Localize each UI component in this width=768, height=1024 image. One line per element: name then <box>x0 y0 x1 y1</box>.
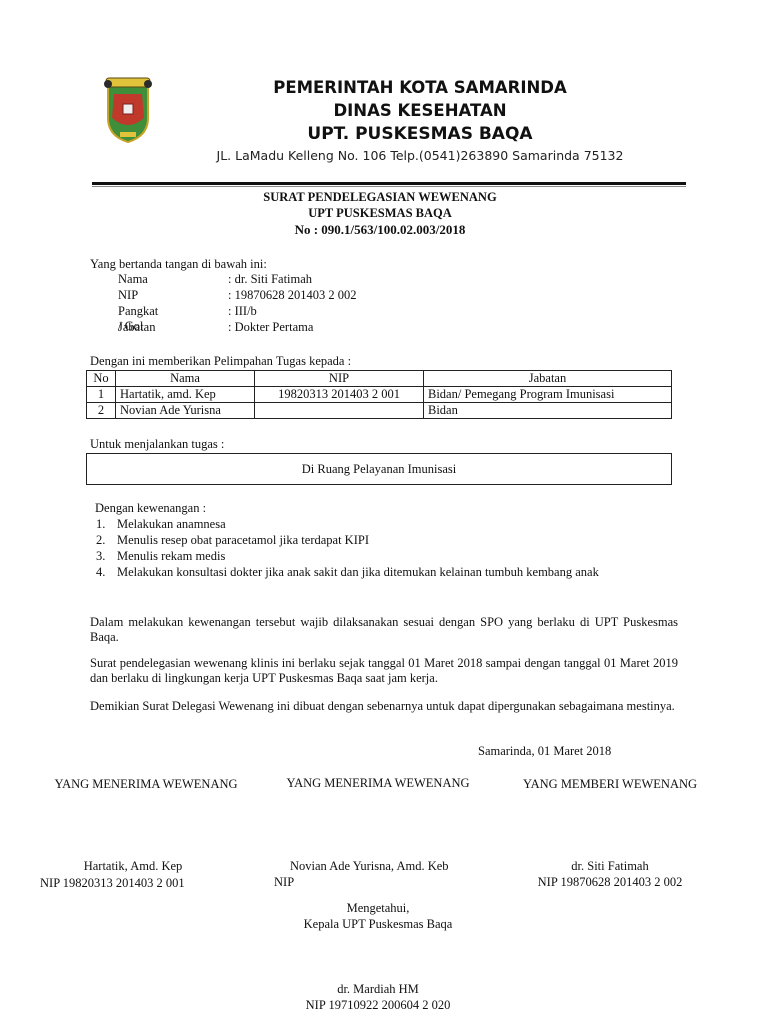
signature-name-grantor: dr. Siti Fatimah <box>510 859 710 874</box>
letterhead-address: JL. LaMadu Kelleng No. 106 Telp.(0541)26… <box>165 148 675 163</box>
acknowledgement-label: Mengetahui, <box>278 901 478 916</box>
task-box: Di Ruang Pelayanan Imunisasi <box>86 453 672 485</box>
signature-name-recipient-1: Hartatik, Amd. Kep <box>30 859 236 874</box>
delegation-table: No Nama NIP Jabatan 1 Hartatik, amd. Kep… <box>86 370 672 419</box>
paragraph-closing: Demikian Surat Delegasi Wewenang ini dib… <box>90 699 678 714</box>
signature-role-recipient-2: YANG MENERIMA WEWENANG <box>260 776 496 791</box>
cell-nama: Novian Ade Yurisna <box>116 403 255 419</box>
letterhead-government: PEMERINTAH KOTA SAMARINDA <box>160 78 680 97</box>
header-jabatan: Jabatan <box>424 371 672 387</box>
signer-intro: Yang bertanda tangan di bawah ini: <box>90 256 267 272</box>
paragraph-spo: Dalam melakukan kewenangan tersebut waji… <box>90 615 678 645</box>
signature-name-recipient-2: Novian Ade Yurisna, Amd. Keb <box>290 858 449 874</box>
list-number: 4. <box>96 564 105 580</box>
task-intro: Untuk menjalankan tugas : <box>90 436 224 452</box>
letterhead-institution: UPT. PUSKESMAS BAQA <box>160 124 680 144</box>
cell-nip <box>255 403 424 419</box>
header-no: No <box>87 371 116 387</box>
delegation-intro: Dengan ini memberikan Pelimpahan Tugas k… <box>90 353 351 369</box>
header-nip: NIP <box>255 371 424 387</box>
signature-nip-recipient-1: NIP 19820313 201403 2 001 <box>40 875 185 891</box>
acknowledgement-nip: NIP 19710922 200604 2 020 <box>278 998 478 1013</box>
field-value: : III/b <box>228 304 257 319</box>
signature-role-recipient-1: YANG MENERIMA WEWENANG <box>28 777 264 792</box>
list-text: Melakukan konsultasi dokter jika anak sa… <box>117 565 599 579</box>
signature-nip-recipient-2: NIP <box>274 874 294 890</box>
document-subtitle: UPT PUSKESMAS BAQA <box>160 206 600 221</box>
cell-no: 1 <box>87 387 116 403</box>
list-item: 2.Menulis resep obat paracetamol jika te… <box>92 532 680 548</box>
field-label: Jabatan <box>118 320 155 335</box>
letterhead-divider <box>92 182 686 185</box>
document-title: SURAT PENDELEGASIAN WEWENANG <box>160 190 600 205</box>
signature-nip-grantor: NIP 19870628 201403 2 002 <box>510 875 710 890</box>
place-date: Samarinda, 01 Maret 2018 <box>478 743 611 759</box>
cell-no: 2 <box>87 403 116 419</box>
table-row: 2 Novian Ade Yurisna Bidan <box>87 403 672 419</box>
cell-nama: Hartatik, amd. Kep <box>116 387 255 403</box>
letterhead-agency: DINAS KESEHATAN <box>160 101 680 120</box>
list-item: 1.Melakukan anamnesa <box>92 516 680 532</box>
field-value: : Dokter Pertama <box>228 320 313 335</box>
field-value: : 19870628 201403 2 002 <box>228 288 356 303</box>
field-label: Nama <box>118 272 148 287</box>
field-label: NIP <box>118 288 138 303</box>
authority-intro: Dengan kewenangan : <box>95 500 206 516</box>
signature-role-grantor: YANG MEMBERI WEWENANG <box>492 777 728 792</box>
paragraph-validity: Surat pendelegasian wewenang klinis ini … <box>90 656 678 686</box>
table-header-row: No Nama NIP Jabatan <box>87 371 672 387</box>
list-item: 4.Melakukan konsultasi dokter jika anak … <box>92 564 680 580</box>
cell-jabatan: Bidan/ Pemegang Program Imunisasi <box>424 387 672 403</box>
field-value: : dr. Siti Fatimah <box>228 272 312 287</box>
table-row: 1 Hartatik, amd. Kep 19820313 201403 2 0… <box>87 387 672 403</box>
list-number: 3. <box>96 548 105 564</box>
list-number: 1. <box>96 516 105 532</box>
document-number: No : 090.1/563/100.02.003/2018 <box>160 222 600 238</box>
city-emblem-icon <box>104 74 152 144</box>
list-text: Menulis resep obat paracetamol jika terd… <box>117 533 369 547</box>
list-text: Menulis rekam medis <box>117 549 225 563</box>
list-item: 3.Menulis rekam medis <box>92 548 680 564</box>
acknowledgement-position: Kepala UPT Puskesmas Baqa <box>278 917 478 932</box>
list-text: Melakukan anamnesa <box>117 517 226 531</box>
cell-nip: 19820313 201403 2 001 <box>255 387 424 403</box>
cell-jabatan: Bidan <box>424 403 672 419</box>
acknowledgement-name: dr. Mardiah HM <box>278 982 478 997</box>
header-nama: Nama <box>116 371 255 387</box>
letterhead-divider-thin <box>92 186 686 187</box>
list-number: 2. <box>96 532 105 548</box>
authority-list: 1.Melakukan anamnesa 2.Menulis resep oba… <box>92 516 680 580</box>
